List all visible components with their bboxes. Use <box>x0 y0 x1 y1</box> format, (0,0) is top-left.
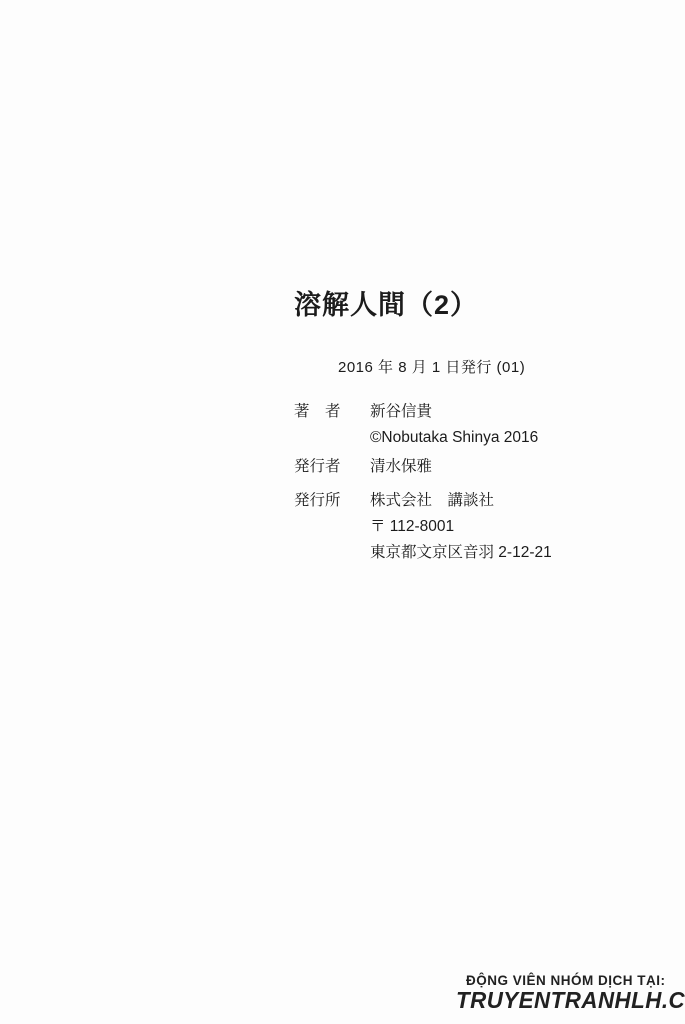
copyright-line: ©Nobutaka Shinya 2016 <box>370 425 594 451</box>
colophon-row-publisher: 発行者 清水保雅 <box>294 454 594 480</box>
scanlation-watermark: ĐỘNG VIÊN NHÓM DỊCH TẠI: TRUYENTRANHLH.C… <box>456 973 685 1012</box>
publisher-name: 清水保雅 <box>370 454 594 480</box>
publishing-office-label: 発行所 <box>294 488 370 514</box>
watermark-tagline: ĐỘNG VIÊN NHÓM DỊCH TẠI: <box>456 973 685 988</box>
colophon-row-publishing-office: 発行所 株式会社 講談社 〒 112-8001 東京都文京区音羽 2-12-21 <box>294 488 594 566</box>
print-date: 2016 年 8 月 1 日発行 (01) <box>338 356 525 377</box>
colophon-row-author: 著 者 新谷信貴 ©Nobutaka Shinya 2016 <box>294 399 594 451</box>
publisher-address: 東京都文京区音羽 2-12-21 <box>370 540 594 566</box>
book-title: 溶解人間（2） <box>294 283 478 322</box>
watermark-site-name: TRUYENTRANHLH.COM <box>456 988 681 1012</box>
colophon-page: 溶解人間（2） 2016 年 8 月 1 日発行 (01) 著 者 新谷信貴 ©… <box>0 0 685 1024</box>
publisher-values: 清水保雅 <box>370 454 594 480</box>
publishing-office-values: 株式会社 講談社 〒 112-8001 東京都文京区音羽 2-12-21 <box>370 488 594 566</box>
publishing-company: 株式会社 講談社 <box>370 488 594 514</box>
author-values: 新谷信貴 ©Nobutaka Shinya 2016 <box>370 399 594 451</box>
author-name: 新谷信貴 <box>370 399 594 425</box>
author-label: 著 者 <box>294 399 370 425</box>
publisher-label: 発行者 <box>294 454 370 480</box>
colophon-block: 著 者 新谷信貴 ©Nobutaka Shinya 2016 発行者 清水保雅 … <box>294 399 594 566</box>
postal-code: 〒 112-8001 <box>370 514 594 540</box>
